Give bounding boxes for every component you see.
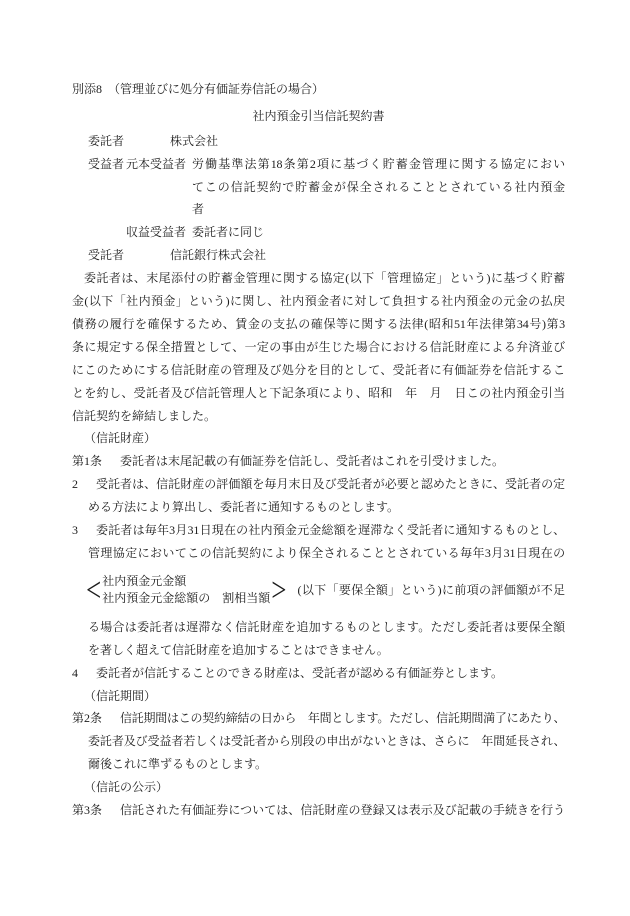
consignor-value: 株式会社: [170, 130, 218, 153]
trustee-value: 信託銀行株式会社: [170, 244, 266, 267]
article-3-text: 信託された有価証券については、信託財産の登録又は表示及び記載の手続きを行う: [120, 799, 565, 822]
party-row-beneficiary: 受益者 元本受益者 労働基準法第18条第2項に基づく貯蓄金管理に関する協定におい: [72, 153, 565, 176]
heading-trust-property: （信託財産）: [72, 427, 565, 450]
preamble-line-1: 委託者は、末尾添付の貯蓄金管理に関する協定(以下「管理協定」という)に基づく貯蓄: [72, 267, 565, 290]
formula-denominator: 社内預金元金総額の 割相当額: [102, 590, 270, 607]
consignor-label: 委託者: [88, 130, 124, 153]
clause-1-4-number: 4: [72, 662, 96, 685]
clause-1-2-line-1: 受託者は、信託財産の評価額を毎月末日及び受託者が必要と認めたときに、受託者の定: [96, 473, 565, 496]
party-row-trustee: 受託者 信託銀行株式会社: [72, 244, 565, 267]
principal-beneficiary-line-1: 労働基準法第18条第2項に基づく貯蓄金管理に関する協定におい: [192, 153, 565, 176]
party-row-consignor: 委託者 株式会社: [72, 130, 565, 153]
clause-1-4: 4 委託者が信託することのできる財産は、受託者が認める有価証券とします。: [72, 662, 565, 685]
article-1-text: 委託者は末尾記載の有価証券を信託し、受託者はこれを引受けました。: [120, 450, 565, 473]
heading-trust-period: （信託期間）: [72, 685, 565, 708]
close-angle-bracket: >: [271, 573, 286, 607]
party-row-beneficiary-cont: てこの信託契約で貯蓄金が保全されることとされている社内預金: [72, 176, 565, 199]
article-2-line-1: 信託期間はこの契約締結の日から 年間とします。ただし、信託期間満了にあたり、: [120, 707, 565, 730]
attachment-ref: 別添8 （管理並びに処分有価証券信託の場合）: [72, 78, 565, 101]
article-3-number: 第3条: [72, 799, 120, 822]
article-2-number: 第2条: [72, 707, 120, 730]
heading-trust-notice: （信託の公示）: [72, 776, 565, 799]
trustee-label: 受託者: [88, 244, 124, 267]
formula-numerator: 社内預金元金額: [102, 573, 270, 590]
article-1: 第1条 委託者は末尾記載の有価証券を信託し、受託者はこれを引受けました。: [72, 450, 565, 473]
reserve-amount-formula: < 社内預金元金額 社内預金元金総額の 割相当額 > (以下「要保全額」という)…: [72, 565, 565, 616]
clause-1-3-line-2: 管理協定においてこの信託契約により保全されることとされている毎年3月31日現在の: [72, 542, 565, 565]
document-title: 社内預金引当信託契約書: [72, 105, 565, 128]
preamble-line-2: 金(以下「社内預金」という)に関し、社内預金者に対して負担する社内預金の元金の払…: [72, 290, 565, 313]
income-beneficiary-value: 委託者に同じ: [192, 221, 565, 244]
party-row-income-beneficiary: 収益受益者 委託者に同じ: [72, 221, 565, 244]
document-content: 別添8 （管理並びに処分有価証券信託の場合） 社内預金引当信託契約書 委託者 株…: [72, 78, 565, 822]
clause-1-4-text: 委託者が信託することのできる財産は、受託者が認める有価証券とします。: [96, 662, 565, 685]
clause-1-2-number: 2: [72, 473, 96, 496]
clause-1-3: 3 委託者は毎年3月31日現在の社内預金元金総額を遅滞なく受託者に通知するものと…: [72, 519, 565, 542]
formula-following-text: (以下「要保全額」という)に前項の評価額が不足す: [297, 579, 565, 602]
clause-1-2-line-2: める方法により算出し、委託者に通知するものとします。: [72, 496, 565, 519]
article-2-line-3: 爾後これに準ずるものとします。: [72, 753, 565, 776]
clause-1-3-line-1: 委託者は毎年3月31日現在の社内預金元金総額を遅滞なく受託者に通知するものとし、: [96, 519, 565, 542]
article-2: 第2条 信託期間はこの契約締結の日から 年間とします。ただし、信託期間満了にあた…: [72, 707, 565, 730]
formula-stack: 社内預金元金額 社内預金元金総額の 割相当額: [102, 573, 270, 607]
preamble-line-5: にこのためにする信託財産の管理及び処分を目的として、受託者に有価証券を信託するこ: [72, 359, 565, 382]
preamble-line-4: 条に規定する保全措置として、一定の事由が生じた場合における信託財産による弁済並び: [72, 336, 565, 359]
clause-1-3-number: 3: [72, 519, 96, 542]
principal-beneficiary-label: 元本受益者: [126, 153, 186, 176]
clause-1-2: 2 受託者は、信託財産の評価額を毎月末日及び受託者が必要と認めたときに、受託者の…: [72, 473, 565, 496]
article-3: 第3条 信託された有価証券については、信託財産の登録又は表示及び記載の手続きを行…: [72, 799, 565, 822]
preamble-line-6: とを約し、受託者及び信託管理人と下記条項により、昭和 年 月 日この社内預金引当: [72, 382, 565, 405]
principal-beneficiary-line-3: 者: [192, 198, 565, 221]
beneficiary-label: 受益者: [88, 153, 124, 176]
party-row-beneficiary-cont2: 者: [72, 198, 565, 221]
preamble-line-3: 債務の履行を確保するため、賃金の支払の確保等に関する法律(昭和51年法律第34号…: [72, 313, 565, 336]
principal-beneficiary-line-2: てこの信託契約で貯蓄金が保全されることとされている社内預金: [192, 176, 565, 199]
clause-1-3-line-3: る場合は委託者は遅滞なく信託財産を追加するものとします。ただし委託者は要保全額: [72, 616, 565, 639]
income-beneficiary-label: 収益受益者: [126, 221, 186, 244]
clause-1-3-line-4: を著しく超えて信託財産を追加することはできません。: [72, 639, 565, 662]
article-1-number: 第1条: [72, 450, 120, 473]
contract-document-page: 別添8 （管理並びに処分有価証券信託の場合） 社内預金引当信託契約書 委託者 株…: [0, 0, 630, 916]
open-angle-bracket: <: [86, 573, 101, 607]
article-2-line-2: 委託者及び受益者若しくは受託者から別段の申出がないときは、さらに 年間延長され、: [72, 730, 565, 753]
preamble-line-7: 信託契約を締結しました。: [72, 405, 565, 428]
